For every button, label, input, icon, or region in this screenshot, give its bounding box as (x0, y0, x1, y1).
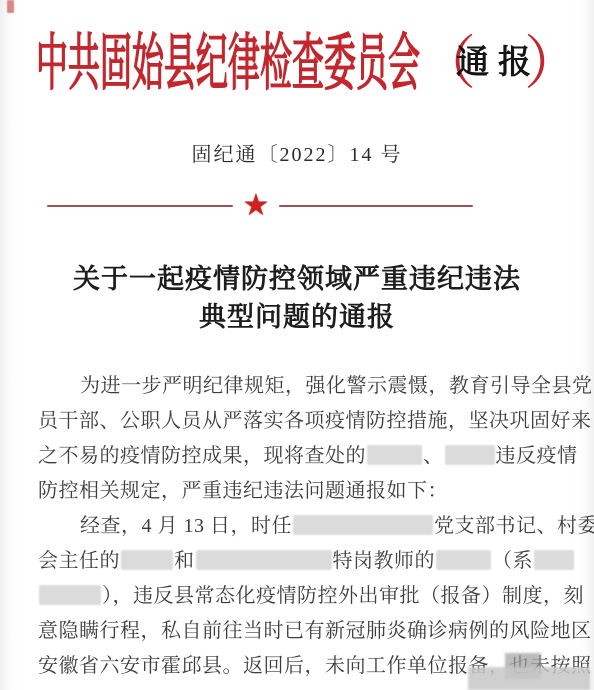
body-text: （系 (492, 550, 533, 572)
redaction-box (534, 550, 574, 570)
body-line: 会主任的和特岗教师的（系 (38, 544, 572, 579)
body-text: 防控相关规定，严重违纪违法问题通报如下： (38, 480, 448, 502)
body-line: 为进一步严明纪律规矩，强化警示震慑，教育引导全县党 (38, 369, 572, 404)
redaction-box (445, 445, 495, 465)
body-text: 意隐瞒行程，私自前往当时已有新冠肺炎确诊病例的风险地区 (38, 620, 592, 642)
redaction-box (293, 515, 433, 535)
body-text: ），违反县常态化疫情防控外出审批（报备）制度，刻 (102, 585, 584, 607)
document-page: 中共固始县纪律检查委员会 （ 通报 ） 固纪通〔2022〕14 号 ★ 关于一起… (0, 0, 594, 690)
body-line: ），违反县常态化疫情防控外出审批（报备）制度，刻 (38, 579, 572, 614)
letterhead-paren-close: ） (524, 31, 582, 96)
body-text: 员干部、公职人员从严落实各项疫情防控措施，坚决巩固好来 (38, 410, 592, 432)
separator-line-right (279, 205, 473, 207)
document-title-line1: 关于一起疫情防控领域严重违纪违法 (0, 260, 594, 298)
body-text: 为进一步严明纪律规矩，强化警示震慑，教育引导全县党 (80, 375, 593, 397)
scan-artifact-watermark-light (468, 667, 590, 690)
redaction-box (196, 550, 332, 570)
body-text: 经查，4 月 13 日，时任 (80, 515, 292, 537)
body-text: 违反疫情 (496, 445, 578, 467)
body-line: 之不易的疫情防控成果，现将查处的、违反疫情 (38, 439, 572, 474)
redaction-box (436, 550, 491, 570)
letterhead-org-name: 中共固始县纪律检查委员会 (36, 29, 420, 98)
redaction-box (367, 445, 422, 465)
body-text: 党支部书记、村委 (434, 515, 594, 537)
body-text: 和 (174, 550, 195, 572)
body-text: 、 (423, 445, 444, 467)
document-title: 关于一起疫情防控领域严重违纪违法 典型问题的通报 (0, 260, 594, 336)
redaction-box (121, 550, 173, 570)
body-text: 特岗教师的 (333, 550, 436, 572)
red-separator-rule: ★ (47, 193, 473, 219)
star-icon: ★ (233, 193, 279, 219)
body-text: 之不易的疫情防控成果，现将查处的 (38, 445, 366, 467)
document-body: 为进一步严明纪律规矩，强化警示震慑，教育引导全县党员干部、公职人员从严落实各项疫… (38, 369, 572, 684)
body-line: 员干部、公职人员从严落实各项疫情防控措施，坚决巩固好来 (38, 404, 572, 439)
document-title-line2: 典型问题的通报 (0, 298, 594, 336)
body-line: 经查，4 月 13 日，时任党支部书记、村委 (38, 509, 572, 544)
letterhead: 中共固始县纪律检查委员会 （ 通报 ） (0, 12, 594, 100)
body-line: 意隐瞒行程，私自前往当时已有新冠肺炎确诊病例的风险地区 (38, 614, 572, 649)
document-number: 固纪通〔2022〕14 号 (0, 138, 594, 167)
body-line: 防控相关规定，严重违纪违法问题通报如下： (38, 474, 572, 509)
separator-line-left (47, 205, 233, 207)
body-text: 会主任的 (38, 550, 120, 572)
redaction-box (39, 585, 101, 605)
